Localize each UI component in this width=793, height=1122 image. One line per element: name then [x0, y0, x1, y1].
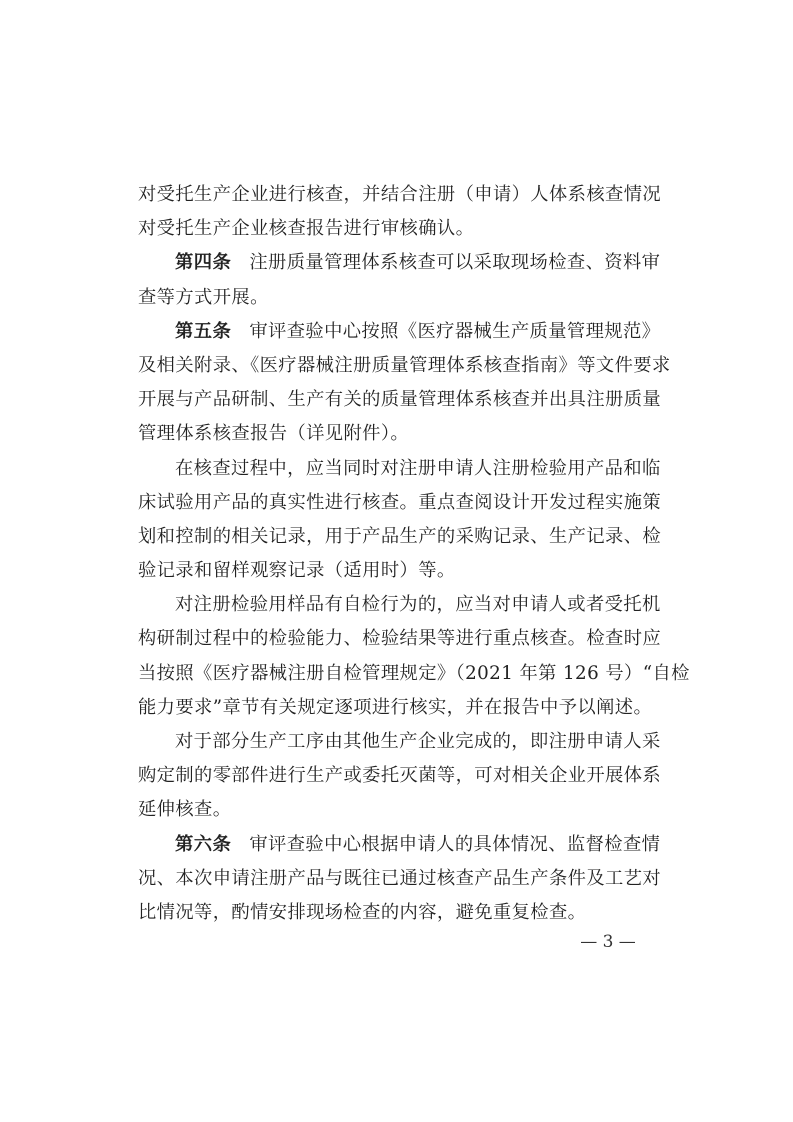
text-line: 延伸核查。 [138, 793, 660, 827]
article-6: 第六条审评查验中心根据申请人的具体情况、监督检查情 况、本次申请注册产品与既往已… [138, 828, 660, 931]
text-line: 能力要求”章节有关规定逐项进行核实，并在报告中予以阐述。 [138, 691, 660, 725]
paragraph-continuation: 对受托生产企业进行核查，并结合注册（申请）人体系核查情况 对受托生产企业核查报告… [138, 178, 660, 246]
article-text: 注册质量管理体系核查可以采取现场检查、资料审 [249, 252, 660, 273]
document-page: 对受托生产企业进行核查，并结合注册（申请）人体系核查情况 对受托生产企业核查报告… [0, 0, 793, 1122]
article-heading: 第六条 [175, 834, 231, 855]
text-line: 管理体系核查报告（详见附件）。 [138, 417, 660, 451]
text-line: 第六条审评查验中心根据申请人的具体情况、监督检查情 [138, 828, 660, 862]
text-line: 购定制的零部件进行生产或委托灭菌等，可对相关企业开展体系 [138, 759, 660, 793]
text-line: 第四条注册质量管理体系核查可以采取现场检查、资料审 [138, 246, 660, 280]
article-heading: 第五条 [175, 321, 231, 342]
article-text: 审评查验中心按照《医疗器械生产质量管理规范》 [249, 321, 660, 342]
paragraph-self-inspection: 对注册检验用样品有自检行为的，应当对申请人或者受托机 构研制过程中的检验能力、检… [138, 588, 660, 725]
text-line: 对受托生产企业核查报告进行审核确认。 [138, 212, 660, 246]
text-line: 床试验用产品的真实性进行核查。重点查阅设计开发过程实施策 [138, 486, 660, 520]
article-heading: 第四条 [175, 252, 231, 273]
paragraph-inspection-process: 在核查过程中，应当同时对注册申请人注册检验用产品和临 床试验用产品的真实性进行核… [138, 452, 660, 589]
page-number: — 3 — [575, 930, 641, 954]
text-line: 构研制过程中的检验能力、检验结果等进行重点核查。检查时应 [138, 622, 660, 656]
text-line: 开展与产品研制、生产有关的质量管理体系核查并出具注册质量 [138, 383, 660, 417]
text-line: 对注册检验用样品有自检行为的，应当对申请人或者受托机 [138, 588, 660, 622]
article-5: 第五条审评查验中心按照《医疗器械生产质量管理规范》 及相关附录、《医疗器械注册质… [138, 315, 660, 452]
text-line: 查等方式开展。 [138, 281, 660, 315]
text-line: 对受托生产企业进行核查，并结合注册（申请）人体系核查情况 [138, 178, 660, 212]
text-line: 第五条审评查验中心按照《医疗器械生产质量管理规范》 [138, 315, 660, 349]
text-line: 比情况等，酌情安排现场检查的内容，避免重复检查。 [138, 896, 660, 930]
text-line: 划和控制的相关记录，用于产品生产的采购记录、生产记录、检 [138, 520, 660, 554]
text-line: 当按照《医疗器械注册自检管理规定》（2021 年第 126 号）“自检 [138, 657, 660, 691]
article-text: 审评查验中心根据申请人的具体情况、监督检查情 [249, 834, 660, 855]
text-line: 对于部分生产工序由其他生产企业完成的，即注册申请人采 [138, 725, 660, 759]
text-line: 在核查过程中，应当同时对注册申请人注册检验用产品和临 [138, 452, 660, 486]
text-line: 及相关附录、《医疗器械注册质量管理体系核查指南》等文件要求 [138, 349, 660, 383]
paragraph-extended-inspection: 对于部分生产工序由其他生产企业完成的，即注册申请人采 购定制的零部件进行生产或委… [138, 725, 660, 828]
text-line: 况、本次申请注册产品与既往已通过核查产品生产条件及工艺对 [138, 862, 660, 896]
article-4: 第四条注册质量管理体系核查可以采取现场检查、资料审 查等方式开展。 [138, 246, 660, 314]
text-line: 验记录和留样观察记录（适用时）等。 [138, 554, 660, 588]
document-body: 对受托生产企业进行核查，并结合注册（申请）人体系核查情况 对受托生产企业核查报告… [138, 178, 660, 930]
